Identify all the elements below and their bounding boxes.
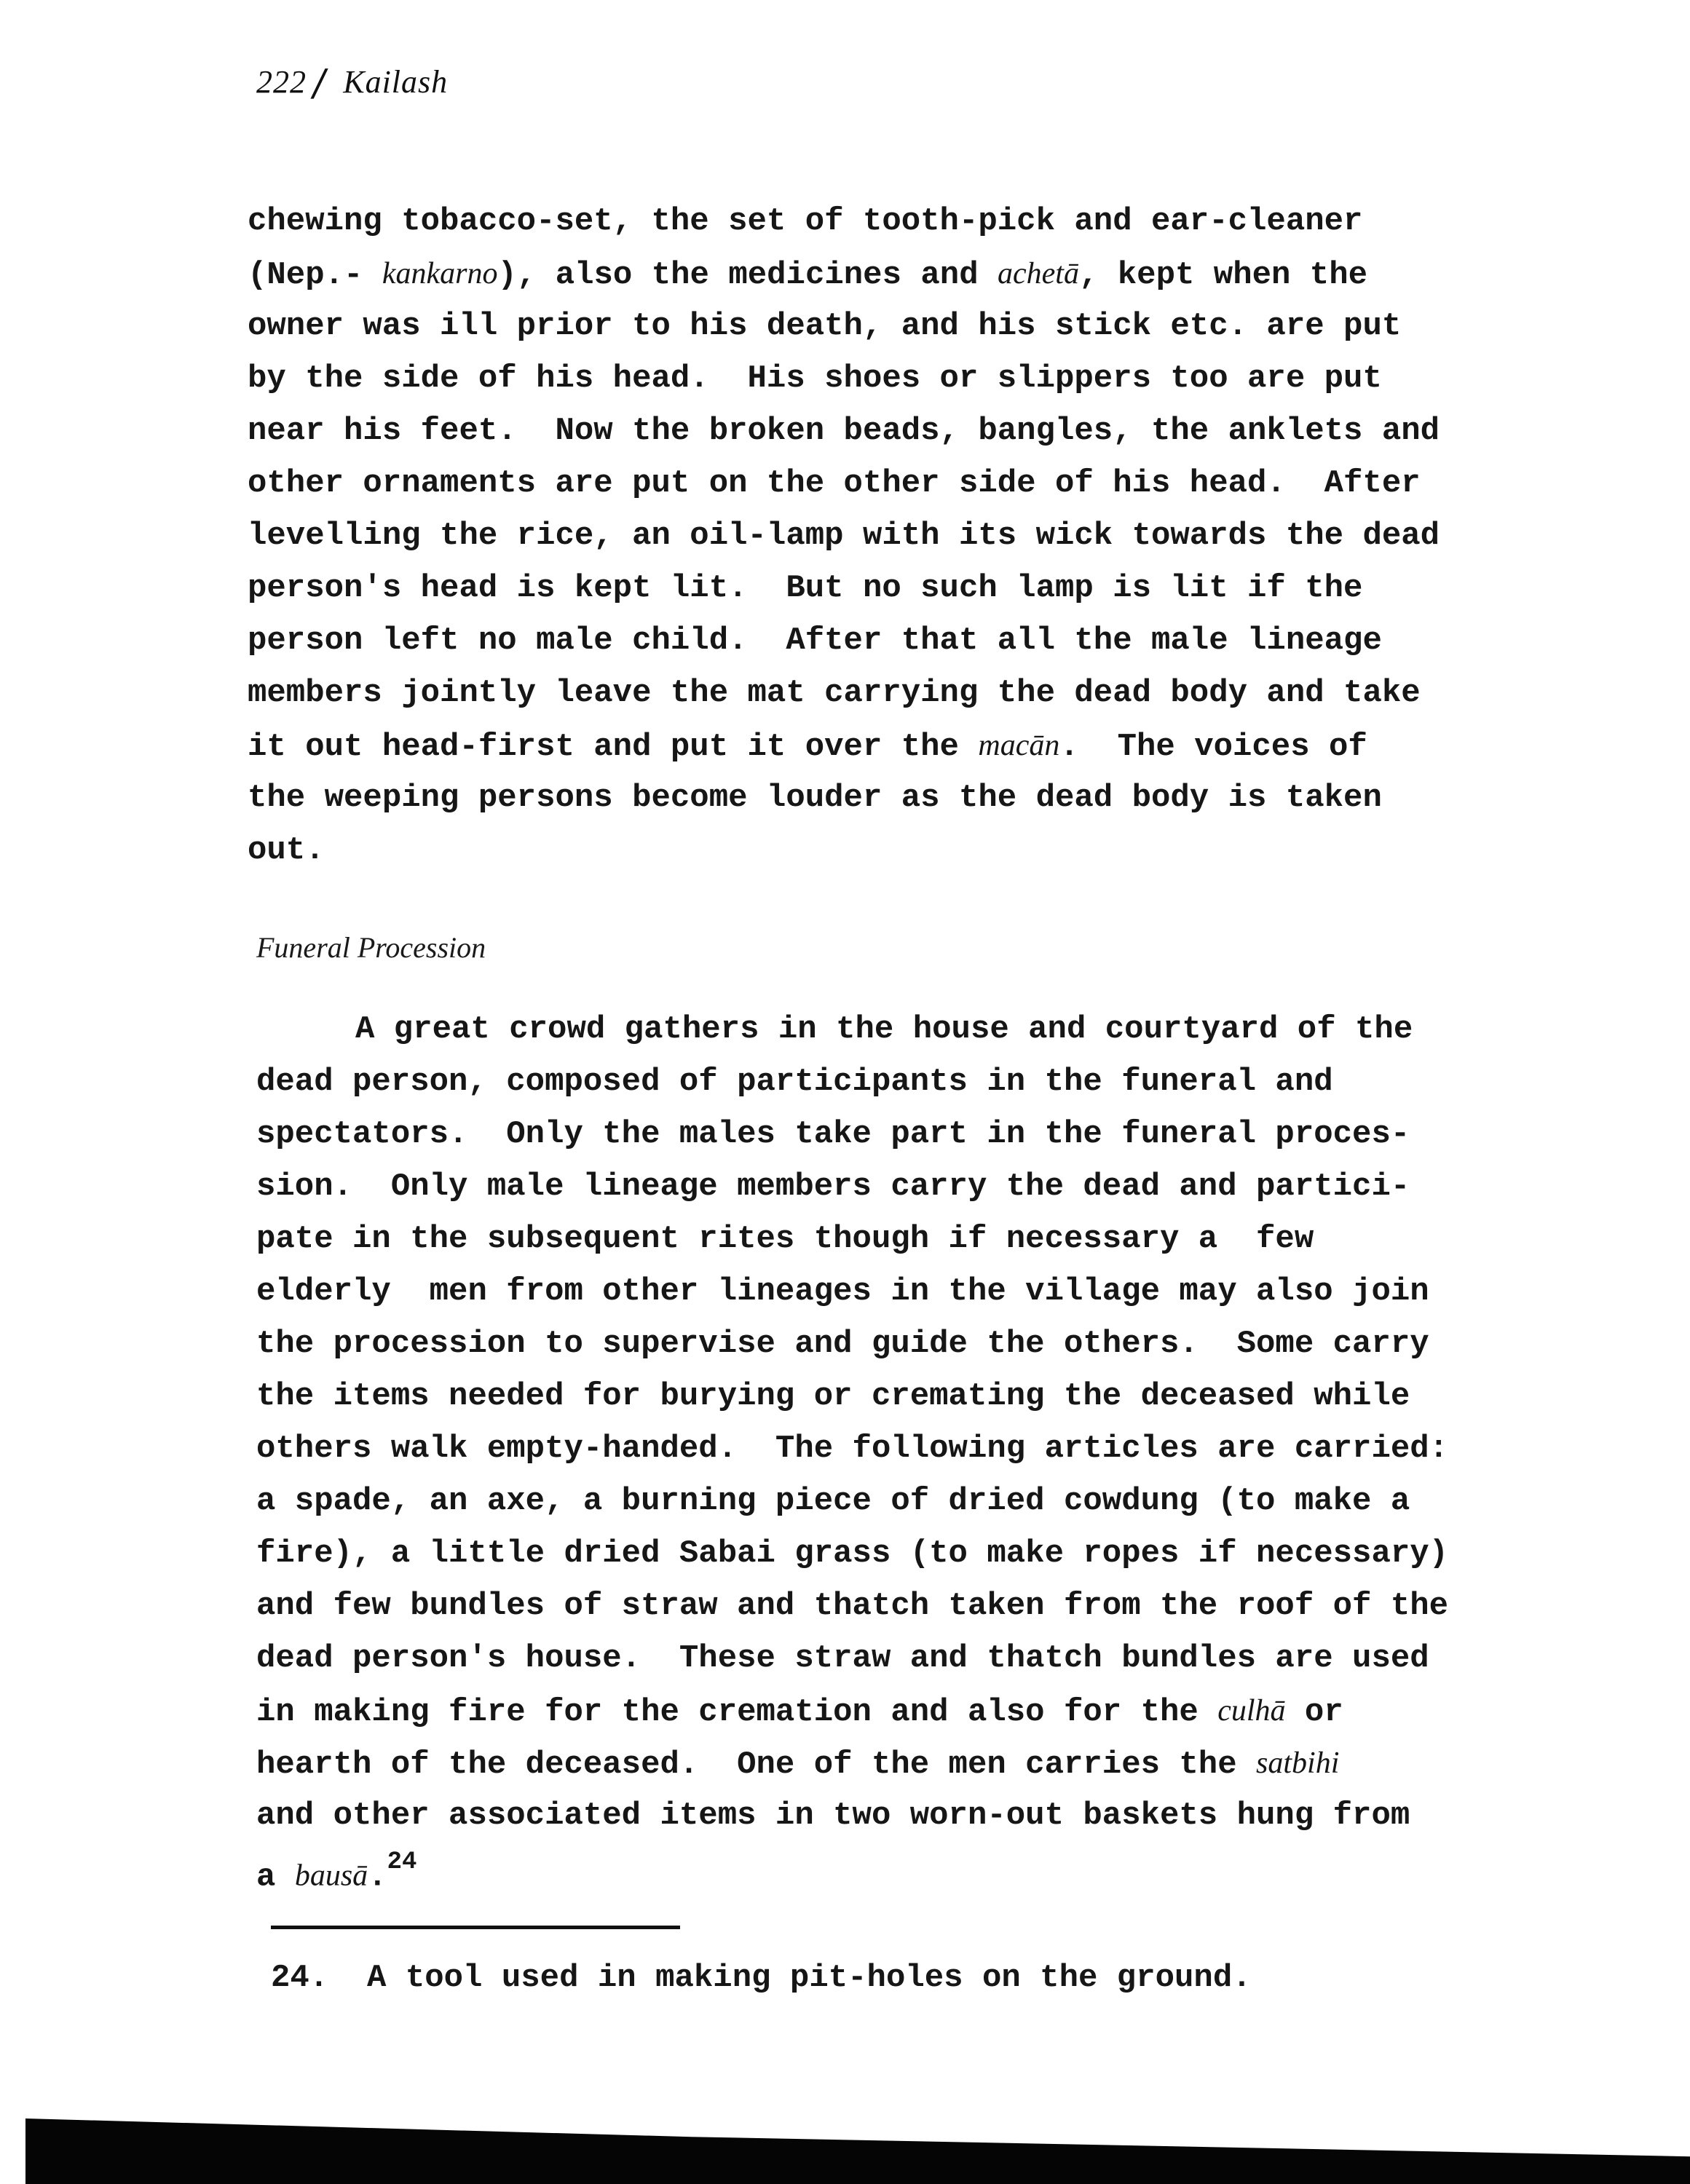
footnote-reference: 24 (387, 1848, 417, 1876)
text-line: out. (248, 824, 1558, 877)
text-line: (Nep.- kankarno), also the medicines and… (248, 248, 1558, 300)
text-segment: near his feet. Now the broken beads, ban… (248, 413, 1440, 449)
text-line: members jointly leave the mat carrying t… (248, 667, 1558, 719)
text-line: fire), a little dried Sabai grass (to ma… (256, 1527, 1567, 1580)
text-segment: levelling the rice, an oil-lamp with its… (248, 518, 1440, 554)
text-segment: person's head is kept lit. But no such l… (248, 570, 1362, 606)
text-segment: by the side of his head. His shoes or sl… (248, 360, 1382, 397)
italic-term: satbihi (1256, 1746, 1339, 1780)
page-number: 222 (256, 64, 307, 100)
text-segment: others walk empty-handed. The following … (256, 1431, 1448, 1467)
text-segment: , kept when the (1079, 257, 1367, 293)
text-segment: in making fire for the cremation and als… (256, 1694, 1217, 1730)
text-line: person's head is kept lit. But no such l… (248, 562, 1558, 614)
text-line: in making fire for the cremation and als… (256, 1685, 1567, 1737)
text-line: pate in the subsequent rites though if n… (256, 1213, 1567, 1265)
text-line: the items needed for burying or crematin… (256, 1370, 1567, 1423)
text-segment: spectators. Only the males take part in … (256, 1116, 1410, 1152)
footnote-divider (271, 1926, 680, 1929)
text-line: others walk empty-handed. The following … (256, 1423, 1567, 1475)
text-line: elderly men from other lineages in the v… (256, 1265, 1567, 1318)
text-line: dead person's house. These straw and tha… (256, 1632, 1567, 1685)
section-heading: Funeral Procession (256, 930, 486, 965)
text-segment: chewing tobacco-set, the set of tooth-pi… (248, 203, 1362, 240)
text-segment: . The voices of (1059, 729, 1367, 765)
text-segment: the weeping persons become louder as the… (248, 780, 1382, 816)
scan-edge-shadow (25, 2118, 1690, 2184)
text-segment: the items needed for burying or crematin… (256, 1378, 1410, 1415)
text-segment: members jointly leave the mat carrying t… (248, 675, 1421, 711)
text-segment: fire), a little dried Sabai grass (to ma… (256, 1535, 1448, 1572)
text-segment: dead person, composed of participants in… (256, 1064, 1333, 1100)
text-line: other ornaments are put on the other sid… (248, 457, 1558, 510)
footnote-text: A tool used in making pit-holes on the g… (367, 1960, 1252, 1996)
italic-term: culhā (1217, 1694, 1285, 1728)
text-line: it out head-first and put it over the ma… (248, 719, 1558, 772)
text-line: and other associated items in two worn-o… (256, 1789, 1567, 1842)
text-segment: it out head-first and put it over the (248, 729, 978, 765)
text-line: levelling the rice, an oil-lamp with its… (248, 510, 1558, 562)
text-line: dead person, composed of participants in… (256, 1056, 1567, 1108)
footnote-marker: 24. (271, 1960, 328, 1996)
text-segment: . (368, 1859, 387, 1896)
italic-term: kankarno (382, 257, 498, 290)
running-title: Kailash (343, 64, 448, 100)
text-line: by the side of his head. His shoes or sl… (248, 352, 1558, 405)
text-line: person left no male child. After that al… (248, 614, 1558, 667)
text-segment: (Nep.- (248, 257, 382, 293)
text-segment: sion. Only male lineage members carry th… (256, 1168, 1410, 1205)
text-line: near his feet. Now the broken beads, ban… (248, 405, 1558, 457)
text-segment: owner was ill prior to his death, and hi… (248, 308, 1401, 344)
text-segment: the procession to supervise and guide th… (256, 1326, 1429, 1362)
italic-term: achetā (998, 257, 1079, 290)
italic-term: bausā (295, 1859, 368, 1893)
text-segment: hearth of the deceased. One of the men c… (256, 1746, 1256, 1783)
text-line: the weeping persons become louder as the… (248, 772, 1558, 824)
text-segment: pate in the subsequent rites though if n… (256, 1221, 1314, 1257)
header-separator: / (309, 58, 330, 110)
text-segment: a (256, 1859, 295, 1896)
text-segment: and other associated items in two worn-o… (256, 1797, 1410, 1834)
text-segment: A great crowd gathers in the house and c… (355, 1011, 1413, 1048)
text-line: owner was ill prior to his death, and hi… (248, 300, 1558, 352)
text-line: a spade, an axe, a burning piece of drie… (256, 1475, 1567, 1527)
text-line: and few bundles of straw and thatch take… (256, 1580, 1567, 1632)
text-segment: dead person's house. These straw and tha… (256, 1640, 1429, 1677)
text-segment: a spade, an axe, a burning piece of drie… (256, 1483, 1410, 1519)
text-line: chewing tobacco-set, the set of tooth-pi… (248, 195, 1558, 248)
italic-term: macān (978, 729, 1059, 762)
text-line: A great crowd gathers in the house and c… (256, 1003, 1567, 1056)
footnote-24: 24. A tool used in making pit-holes on t… (271, 1960, 1252, 1996)
running-header: 222/Kailash (256, 52, 448, 104)
text-segment: other ornaments are put on the other sid… (248, 465, 1421, 502)
text-line: the procession to supervise and guide th… (256, 1318, 1567, 1370)
paragraph-funeral-procession: A great crowd gathers in the house and c… (256, 1003, 1567, 1894)
text-line: hearth of the deceased. One of the men c… (256, 1737, 1567, 1789)
text-segment: and few bundles of straw and thatch take… (256, 1588, 1448, 1624)
text-segment: out. (248, 832, 325, 869)
text-segment: person left no male child. After that al… (248, 622, 1382, 659)
text-segment: elderly men from other lineages in the v… (256, 1273, 1429, 1310)
paragraph-continued: chewing tobacco-set, the set of tooth-pi… (248, 195, 1558, 877)
text-segment: ), also the medicines and (497, 257, 998, 293)
text-line: spectators. Only the males take part in … (256, 1108, 1567, 1160)
text-line: a bausā.24 (256, 1842, 1567, 1894)
text-line: sion. Only male lineage members carry th… (256, 1160, 1567, 1213)
text-segment: or (1286, 1694, 1343, 1730)
